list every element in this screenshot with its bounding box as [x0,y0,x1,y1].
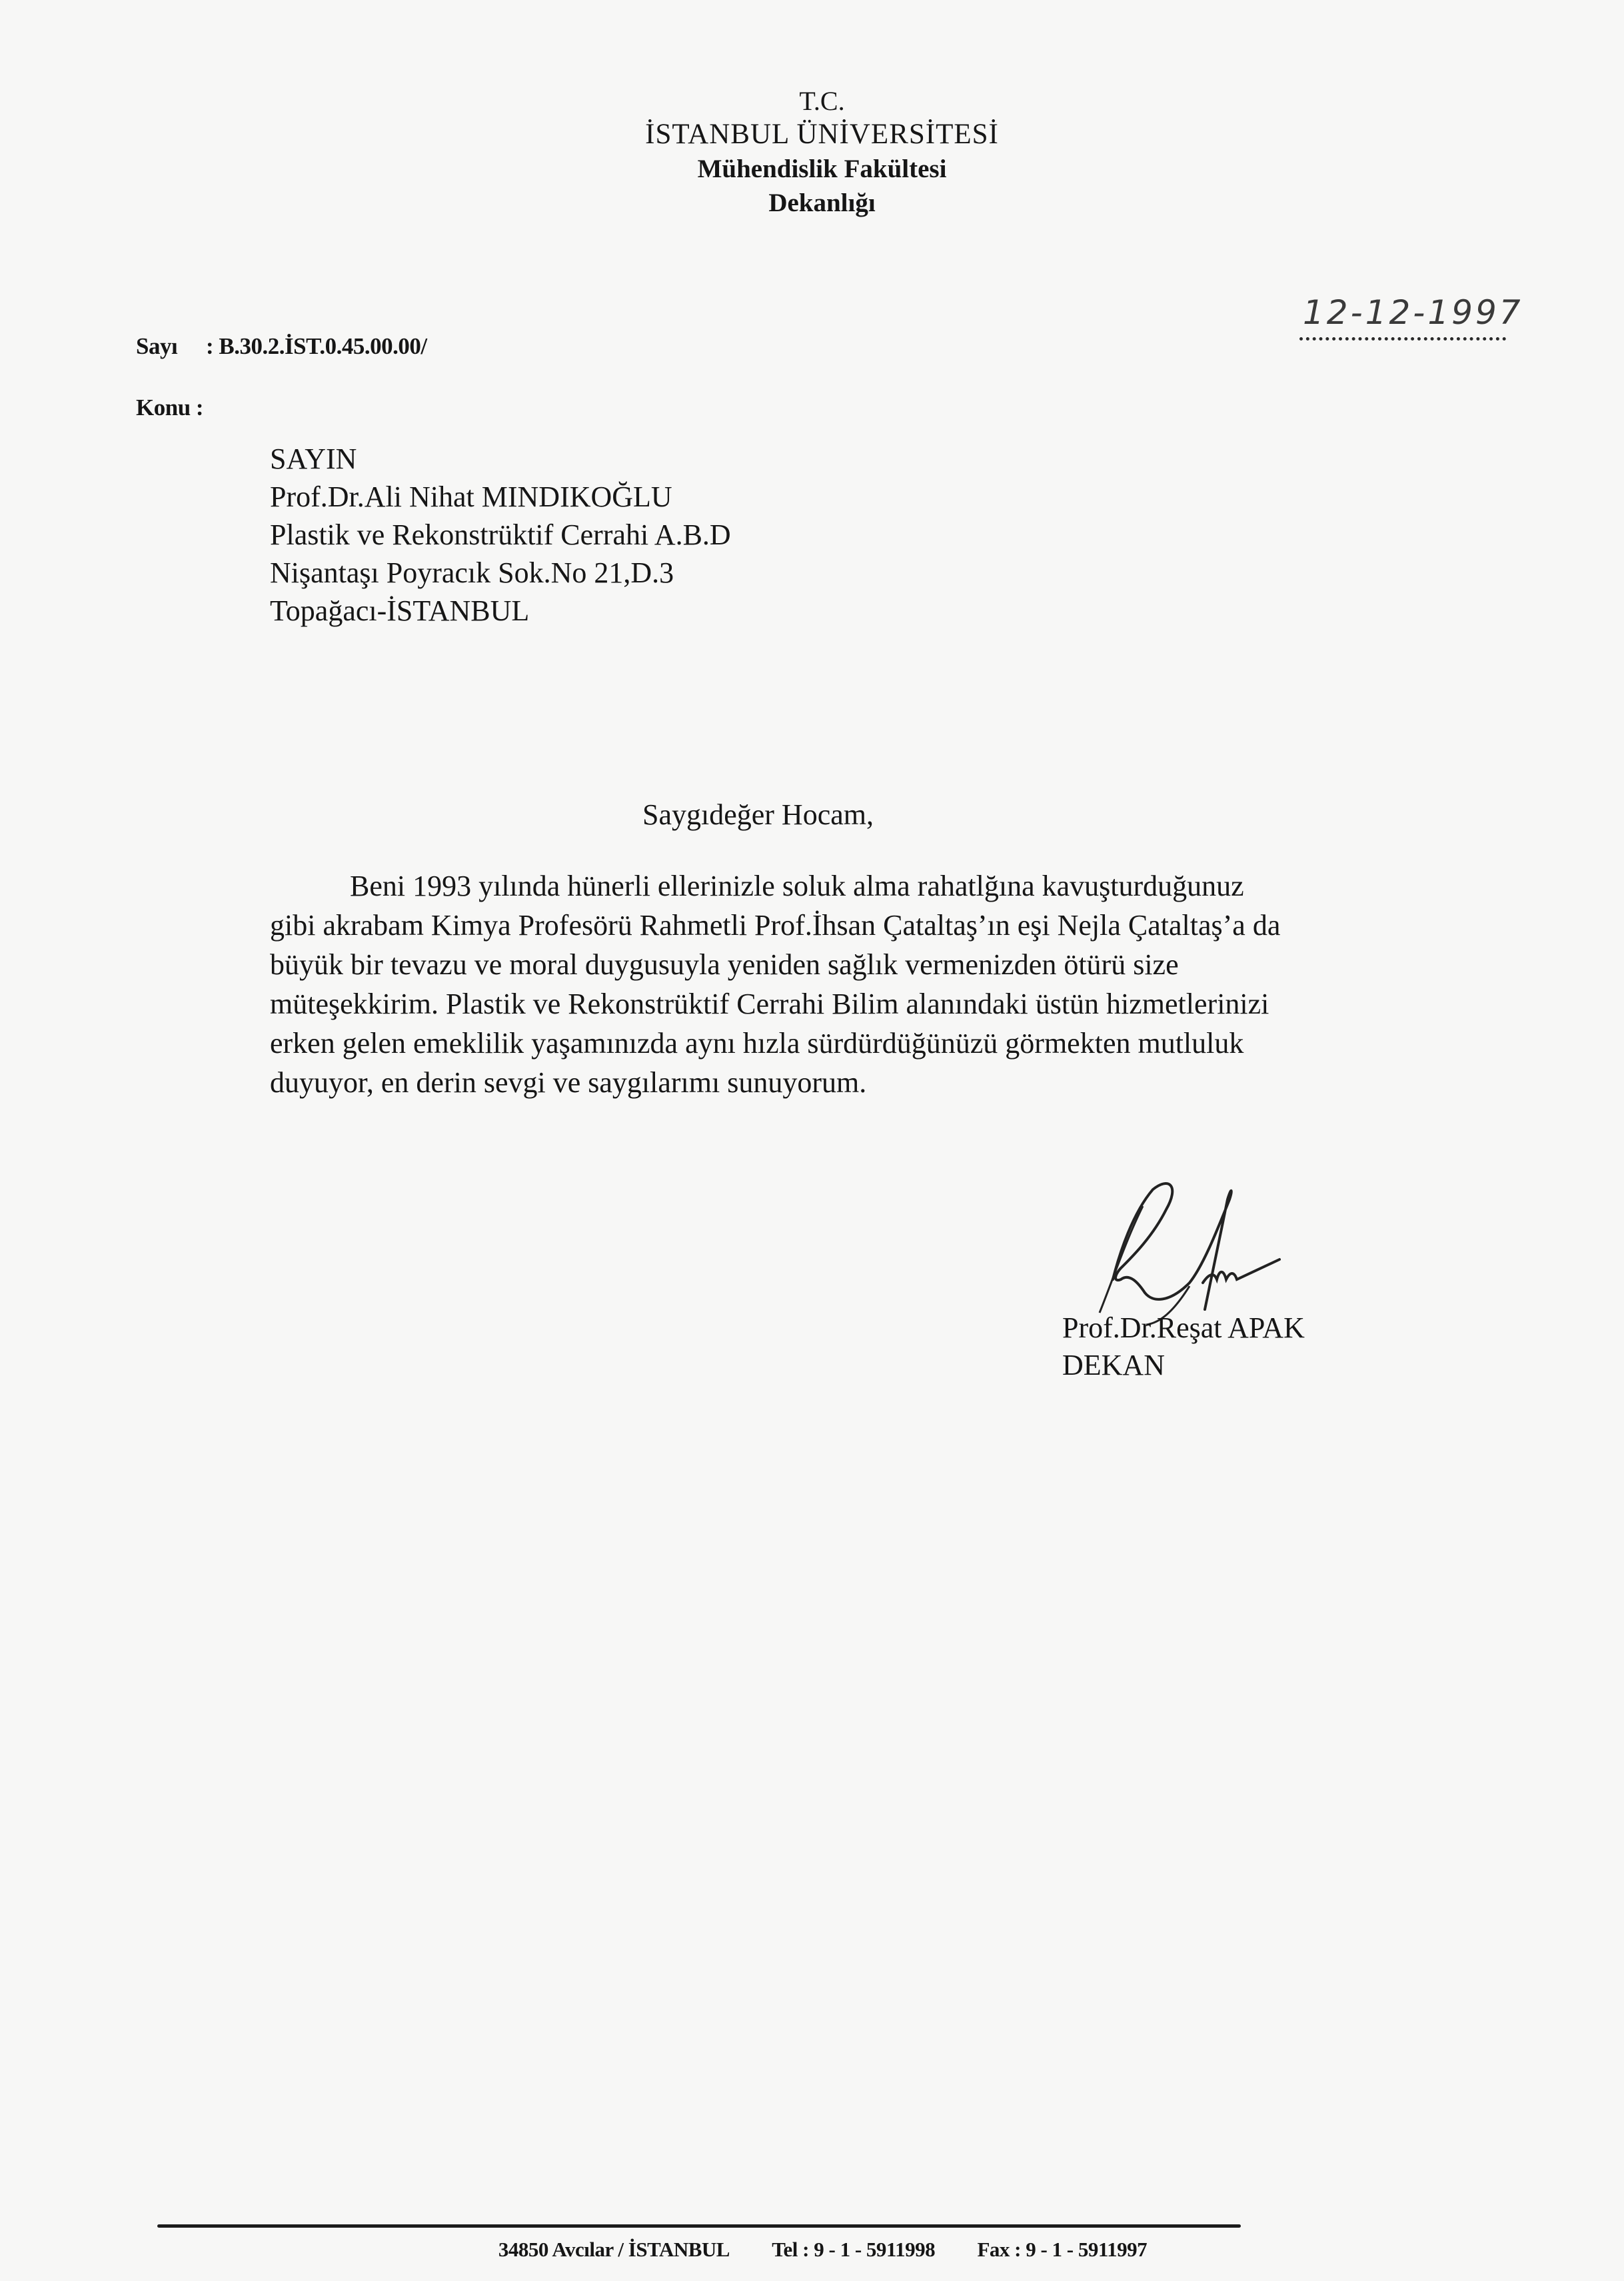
body-line: müteşekkirim. Plastik ve Rekonstrüktif C… [270,984,1403,1024]
country-abbreviation: T.C. [20,85,1624,117]
sayi-value: : B.30.2.İST.0.45.00.00/ [206,333,427,359]
recipient-line: Plastik ve Rekonstrüktif Cerrahi A.B.D [270,516,731,554]
footer-telephone: Tel : 9 - 1 - 5911998 [772,2238,935,2261]
konu-value: : [196,394,203,420]
letter-page: T.C. İSTANBUL ÜNİVERSİTESİ Mühendislik F… [0,0,1624,2281]
konu-label: Konu [136,394,191,420]
handwritten-signature [1060,1173,1459,1333]
salutation: Saygıdeğer Hocam, [642,798,874,832]
signatory-title: DEKAN [1062,1347,1305,1384]
footer-address: 34850 Avcılar / İSTANBUL [498,2238,730,2261]
office-name: Dekanlığı [20,187,1624,220]
body-line: büyük bir tevazu ve moral duygusuyla yen… [270,945,1403,984]
body-line: Beni 1993 yılında hünerli ellerinizle so… [270,866,1403,906]
recipient-line: Prof.Dr.Ali Nihat MINDIKOĞLU [270,478,731,516]
body-line: duyuyor, en derin sevgi ve saygılarımı s… [270,1063,1403,1102]
handwritten-date: 12-12-1997 [1303,293,1523,332]
faculty-name: Mühendislik Fakültesi [20,152,1624,187]
date-dotted-line [1299,333,1506,341]
university-name: İSTANBUL ÜNİVERSİTESİ [20,117,1624,152]
reference-number: Sayı: B.30.2.İST.0.45.00.00/ [136,333,427,360]
recipient-line: Nişantaşı Poyracık Sok.No 21,D.3 [270,554,731,592]
footer-divider [157,2224,1241,2228]
recipient-line: SAYIN [270,440,731,478]
footer-fax: Fax : 9 - 1 - 5911997 [977,2238,1147,2261]
footer-contact: 34850 Avcılar / İSTANBUL Tel : 9 - 1 - 5… [0,2238,1624,2262]
signatory-name: Prof.Dr.Reşat APAK [1062,1309,1305,1347]
subject-line: Konu : [136,394,203,421]
sayi-label: Sayı [136,333,206,360]
letterhead: T.C. İSTANBUL ÜNİVERSİTESİ Mühendislik F… [0,85,1624,220]
letter-body: Beni 1993 yılında hünerli ellerinizle so… [270,866,1403,1102]
body-line: erken gelen emeklilik yaşamınızda aynı h… [270,1024,1403,1063]
recipient-address: SAYIN Prof.Dr.Ali Nihat MINDIKOĞLU Plast… [270,440,731,630]
body-line: gibi akrabam Kimya Profesörü Rahmetli Pr… [270,906,1403,945]
recipient-line: Topağacı-İSTANBUL [270,592,731,630]
signatory-block: Prof.Dr.Reşat APAK DEKAN [1062,1309,1305,1384]
